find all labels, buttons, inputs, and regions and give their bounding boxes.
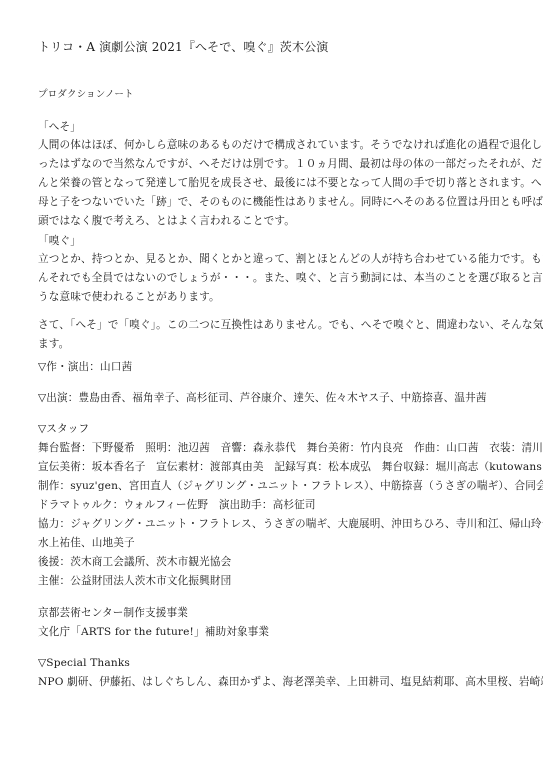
heso-line: 母と子をつないでいた「跡」で、そのものに機能性はありません。同時にへそのある位置…	[38, 195, 543, 209]
staff-line: ドラマトゥルク：ウォルフィー佐野 演出助手：高杉征司	[38, 498, 316, 512]
thanks-list: NPO 劇研、伊藤拓、はしぐちしん、森田かずよ、海老澤美幸、上田耕司、塩見結莉耶…	[38, 675, 543, 689]
staff-line: 水上祐佳、山地美子	[38, 536, 135, 550]
staff-line: 協力：ジャグリング・ユニット・フラトレス、うさぎの喘ギ、大鹿展明、沖田ちひろ、寺…	[38, 517, 543, 531]
staff-line: 宣伝美術：坂本香名子 宣伝素材：渡部真由美 記録写真：松本成弘 舞台収録：堀川高…	[38, 460, 543, 474]
document-title: トリコ・A 演劇公演 2021『へそで、嗅ぐ』茨木公演	[38, 40, 328, 54]
heso-heading: 「へそ」	[38, 120, 81, 134]
author-director: ▽作・演出：山口茜	[38, 360, 132, 374]
kagu-line: うな意味で使われることがあります。	[38, 290, 220, 304]
kagu-line: 立つとか、持つとか、見るとか、聞くとかと違って、割とほとんどの人が持ち合わせてい…	[38, 252, 543, 266]
support-line: 後援：茨木商工会議所、茨木市観光協会	[38, 555, 231, 569]
program-line: 京都芸術センター制作支援事業	[38, 606, 188, 620]
staff-line: 制作：syuz'gen、宮田直人（ジャグリング・ユニット・フラトレス）、中筋捺喜…	[38, 479, 543, 493]
heso-line: ったはずなので当然なんですが、へそだけは別です。１０ヵ月間、最初は母の体の一部だ…	[38, 157, 543, 171]
thanks-heading: ▽Special Thanks	[38, 656, 130, 670]
closing-line: ます。	[38, 337, 69, 351]
heso-line: 人間の体はほぼ、何かしら意味のあるものだけで構成されています。そうでなければ進化…	[38, 138, 543, 152]
heso-line: んと栄養の管となって発達して胎児を成長させ、最後には不要となって人間の手で切り落…	[38, 176, 543, 190]
kagu-heading: 「嗅ぐ」	[38, 234, 81, 248]
kagu-line: んそれでも全員ではないのでしょうが・・・。また、嗅ぐ、と言う動詞には、本当のこと…	[38, 271, 543, 285]
staff-line: 舞台監督：下野優希 照明：池辺茜 音響：森永恭代 舞台美術：竹内良亮 作曲：山口…	[38, 441, 543, 455]
program-line: 文化庁「ARTS for the future!」補助対象事業	[38, 625, 269, 639]
heso-line: 頭ではなく腹で考えろ、とはよく言われることです。	[38, 214, 295, 228]
staff-heading: ▽スタッフ	[38, 422, 89, 436]
cast-list: ▽出演：豊島由香、福角幸子、高杉征司、芦谷康介、達矢、佐々木ヤス子、中筋捺喜、温…	[38, 391, 487, 405]
organizer-line: 主催：公益財団法人茨木市文化振興財団	[38, 574, 231, 588]
closing-line: さて、「へそ」で「嗅ぐ」。この二つに互換性はありません。でも、へそで嗅ぐと、間違…	[38, 318, 543, 332]
section-heading: プロダクションノート	[38, 88, 134, 102]
